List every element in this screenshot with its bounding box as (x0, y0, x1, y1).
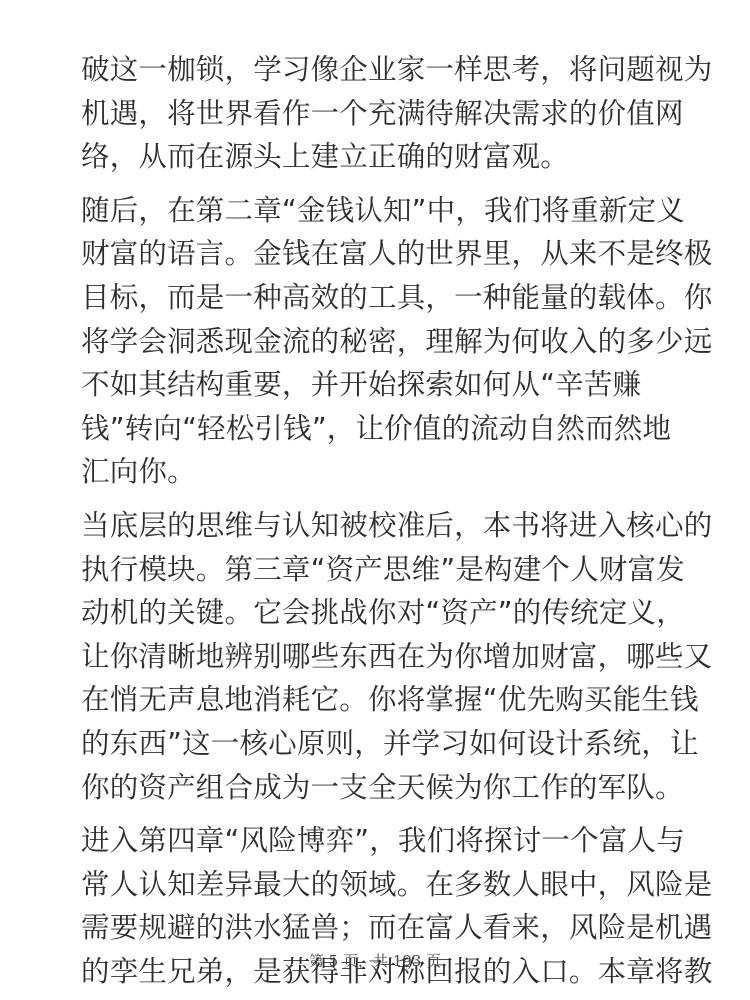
text-line: 随后，在第二章“金钱认知”中，我们将重新定义 (81, 189, 671, 233)
text-line: 常人认知差异最大的领域。在多数人眼中，风险是 (81, 863, 671, 907)
text-line: 财富的语言。金钱在富人的世界里，从来不是终极 (81, 232, 671, 276)
text-line: 执行模块。第三章“资产思维”是构建个人财富发 (81, 548, 671, 592)
text-line: 在悄无声息地消耗它。你将掌握“优先购买能生钱 (81, 678, 671, 722)
document-body: 破这一枷锁，学习像企业家一样思考，将问题视为 机遇，将世界看作一个充满待解决需求… (81, 48, 671, 1000)
text-line: 钱”转向“轻松引钱”，让价值的流动自然而然地 (81, 407, 671, 451)
paragraph-3: 当底层的思维与认知被校准后，本书将进入核心的 执行模块。第三章“资产思维”是构建… (81, 504, 671, 809)
text-line: 络，从而在源头上建立正确的财富观。 (81, 135, 671, 179)
text-line: 当底层的思维与认知被校准后，本书将进入核心的 (81, 504, 671, 548)
text-line: 不如其结构重要，并开始探索如何从“辛苦赚 (81, 363, 671, 407)
text-line: 让你清晰地辨别哪些东西在为你增加财富，哪些又 (81, 635, 671, 679)
paragraph-2: 随后，在第二章“金钱认知”中，我们将重新定义 财富的语言。金钱在富人的世界里，从… (81, 189, 671, 494)
text-line: 动机的关键。它会挑战你对“资产”的传统定义， (81, 591, 671, 635)
text-line: 将学会洞悉现金流的秘密，理解为何收入的多少远 (81, 320, 671, 364)
text-line: 机遇，将世界看作一个充满待解决需求的价值网 (81, 92, 671, 136)
text-line: 你的资产组合成为一支全天候为你工作的军队。 (81, 766, 671, 810)
text-line: 需要规避的洪水猛兽；而在富人看来，风险是机遇 (81, 906, 671, 950)
text-line: 进入第四章“风险博弈”，我们将探讨一个富人与 (81, 819, 671, 863)
page-number-footer: 第 5 页，共 193 页 (0, 950, 750, 971)
text-line: 目标，而是一种高效的工具，一种能量的载体。你 (81, 276, 671, 320)
text-line: 汇向你。 (81, 450, 671, 494)
text-line: 破这一枷锁，学习像企业家一样思考，将问题视为 (81, 48, 671, 92)
paragraph-1: 破这一枷锁，学习像企业家一样思考，将问题视为 机遇，将世界看作一个充满待解决需求… (81, 48, 671, 179)
text-line: 的东西”这一核心原则，并学习如何设计系统，让 (81, 722, 671, 766)
